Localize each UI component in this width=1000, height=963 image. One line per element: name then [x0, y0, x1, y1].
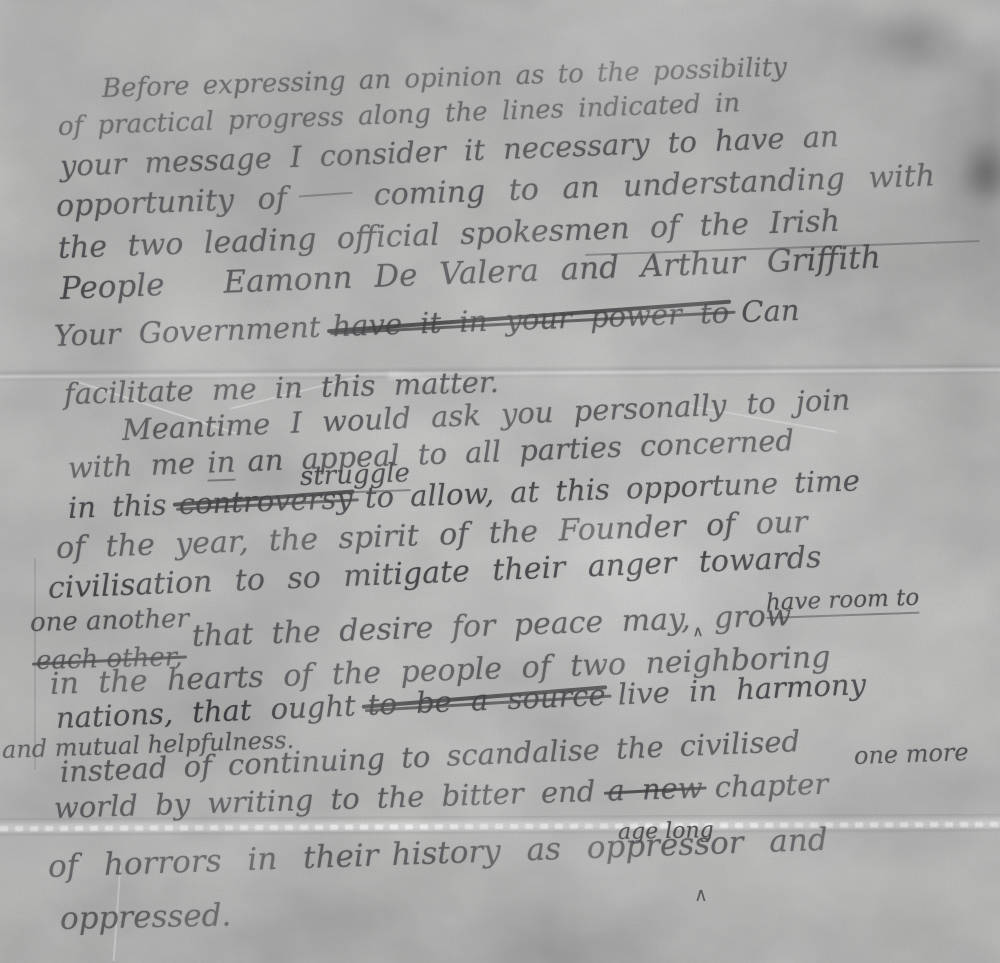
handwritten-line: oppressed.	[60, 900, 232, 935]
text-segment: Your Government	[53, 310, 321, 353]
text-segment: oppressed.	[60, 897, 232, 937]
text-segment: opportunity of	[55, 181, 287, 224]
soft-stain	[815, 295, 950, 370]
text-segment: chapter	[714, 767, 828, 805]
inserted-text: struggle	[299, 458, 410, 495]
crease-highlight	[0, 822, 1000, 831]
struck-text: have it in your power to	[332, 295, 730, 343]
text-segment: history as oppressor and	[391, 822, 828, 873]
smudge-stain	[852, 0, 992, 87]
struck-text: a new	[607, 771, 703, 808]
insertion-above-line: age long	[618, 820, 714, 844]
text-segment: in this	[67, 488, 167, 525]
inserted-text: age long	[618, 818, 714, 845]
text-segment: that the desire for peace may,	[191, 602, 691, 654]
insertion-above-line: struggle	[300, 460, 411, 490]
insertion-above-line: one more	[854, 740, 969, 768]
replacement-text: Can	[741, 293, 800, 329]
inserted-text: have room to	[766, 585, 920, 619]
handwritten-line: Your Governmenthave it in your power toC…	[53, 296, 799, 351]
text-segment: with me	[67, 446, 196, 485]
caret-mark: ∧	[694, 884, 708, 906]
margin-insertion: one another	[30, 606, 190, 636]
inserted-text: one another	[30, 604, 190, 638]
shadow-stain	[928, 40, 1000, 325]
caret-mark: ∧	[692, 622, 704, 640]
text-segment: People	[59, 267, 165, 307]
insertion-above-line: have room to	[766, 587, 920, 615]
ink-stain	[950, 128, 1000, 216]
inserted-text: in	[207, 445, 236, 482]
inserted-text: one more	[854, 738, 970, 770]
pen-stroke	[299, 191, 353, 197]
scanned-letter-page: Before expressing an opinion as to the p…	[0, 0, 1000, 963]
text-segment: of horrors in their	[47, 837, 379, 885]
